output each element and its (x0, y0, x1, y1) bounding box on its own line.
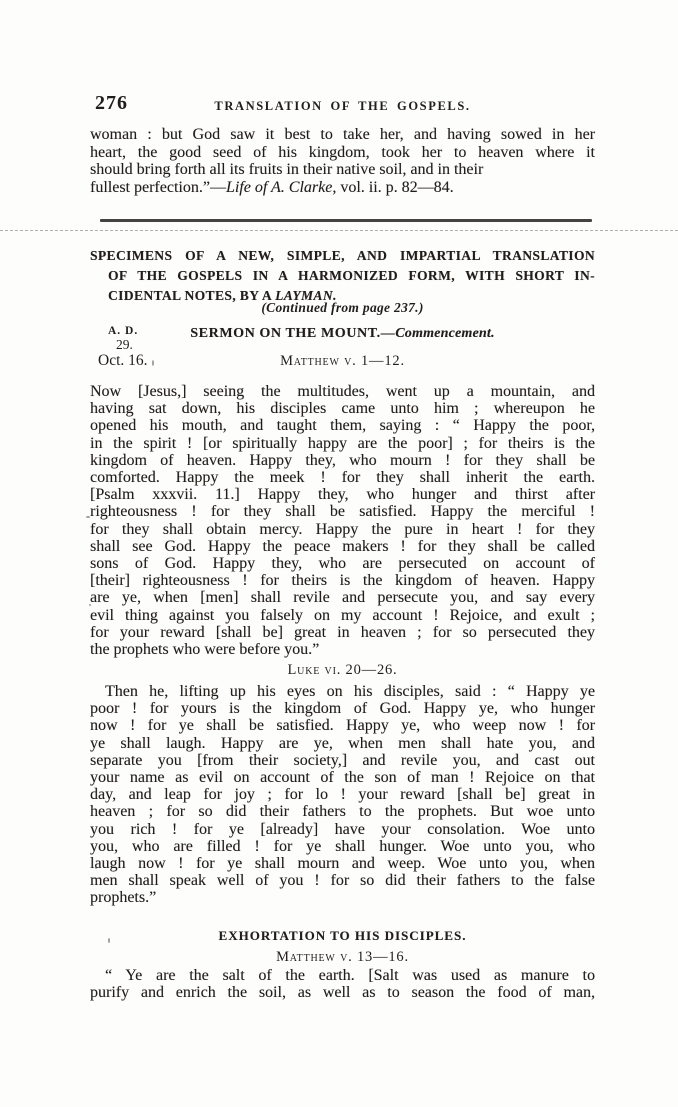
sermon-title-main: SERMON ON THE MOUNT.— (190, 326, 395, 341)
attribution-prefix: fullest perfection.”— (90, 179, 226, 196)
text-line: now ! for ye shall be satisfied. Happy y… (90, 717, 595, 734)
intro-quote-paragraph: woman : but God saw it best to take her,… (90, 126, 595, 196)
text-line: poor ! for yours is the kingdom of God. … (90, 700, 595, 717)
scan-speck (152, 360, 154, 366)
text-line: having sat down, his disciples came unto… (90, 400, 595, 417)
luke-paragraph: Then he, lifting up his eyes on his disc… (90, 683, 595, 907)
scan-fold-line (0, 230, 678, 231)
attribution-suffix: vol. ii. p. 82—84. (336, 179, 453, 196)
text-line: you, who are filled ! for ye shall hunge… (90, 838, 595, 855)
scan-speck (95, 866, 97, 869)
text-line: men shall speak well of you ! for so did… (90, 872, 595, 889)
text-line: prophets.” (90, 889, 595, 906)
continued-from-note: (Continued from page 237.) (90, 300, 595, 316)
text-line: [their] righteousness ! for theirs is th… (90, 572, 595, 589)
text-line: are ye, when [men] shall revile and pers… (90, 589, 595, 606)
matthew-paragraph: Now [Jesus,] seeing the multitudes, went… (90, 383, 595, 658)
text-line: evil thing against you falsely on my acc… (90, 607, 595, 624)
sermon-section-header: A. D. 29. Oct. 16. SERMON ON THE MOUNT.—… (90, 326, 595, 384)
article-heading: SPECIMENS OF A NEW, SIMPLE, AND IMPARTIA… (90, 246, 595, 306)
text-line: for they shall obtain mercy. Happy the p… (90, 521, 595, 538)
scan-speck (86, 516, 90, 518)
text-line: woman : but God saw it best to take her,… (90, 126, 595, 144)
exhortation-paragraph: “ Ye are the salt of the earth. [Salt wa… (90, 967, 595, 1001)
text-line: laugh now ! for ye shall mourn and weep.… (90, 855, 595, 872)
text-line: in the spirit ! [or spiritually happy ar… (90, 435, 595, 452)
sermon-title-subtitle: Commencement. (395, 326, 494, 341)
scripture-reference-matthew: Matthew v. 1—12. (90, 353, 595, 370)
text-line: you rich ! for ye [already] have your co… (90, 821, 595, 838)
text-line: heart, the good seed of his kingdom, too… (90, 144, 595, 162)
intro-quote-lines: woman : but God saw it best to take her,… (90, 126, 595, 179)
text-line: your name as evil on account of the son … (90, 769, 595, 786)
text-line: opened his mouth, and taught them, sayin… (90, 417, 595, 434)
date-year: 29. (98, 338, 148, 351)
text-line: shall see God. Happy the peace makers ! … (90, 538, 595, 555)
section-divider-rule (100, 219, 592, 222)
quote-attribution: fullest perfection.”—Life of A. Clarke, … (90, 179, 595, 197)
text-line: heaven ; for so did their fathers to the… (90, 803, 595, 820)
scan-speck (108, 938, 110, 943)
sermon-title: SERMON ON THE MOUNT.—Commencement. (90, 326, 595, 342)
scan-speck (89, 604, 91, 606)
scripture-reference-matthew-2: Matthew v. 13—16. (90, 949, 595, 966)
text-line: should bring forth all its fruits in the… (90, 161, 595, 179)
text-line: [Psalm xxxvii. 11.] Happy they, who hung… (90, 486, 595, 503)
scripture-reference-luke: Luke vi. 20—26. (90, 662, 595, 679)
text-line: comforted. Happy the meek ! for they sha… (90, 469, 595, 486)
text-line: “ Ye are the salt of the earth. [Salt wa… (90, 967, 595, 984)
text-line: for your reward [shall be] great in heav… (90, 624, 595, 641)
exhortation-title: EXHORTATION TO HIS DISCIPLES. (90, 928, 595, 944)
article-heading-line: OF THE GOSPELS IN A HARMONIZED FORM, WIT… (90, 266, 595, 286)
text-line: the prophets who were before you.” (90, 641, 595, 658)
text-line: righteousness ! for they shall be satisf… (90, 503, 595, 520)
attribution-work-title: Life of A. Clarke, (226, 179, 336, 196)
text-line: kingdom of heaven. Happy they, who mourn… (90, 452, 595, 469)
text-line: ye shall laugh. Happy are ye, when men s… (90, 735, 595, 752)
scanned-book-page: 276 TRANSLATION OF THE GOSPELS. woman : … (0, 0, 678, 1107)
text-line: sons of God. Happy they, who are persecu… (90, 555, 595, 572)
text-line: day, and leap for joy ; for lo ! your re… (90, 786, 595, 803)
running-title: TRANSLATION OF THE GOSPELS. (90, 99, 595, 114)
text-line: purify and enrich the soil, as well as t… (90, 984, 595, 1001)
text-line: separate you [from their society,] and r… (90, 752, 595, 769)
text-line: Then he, lifting up his eyes on his disc… (90, 683, 595, 700)
text-line: Now [Jesus,] seeing the multitudes, went… (90, 383, 595, 400)
article-heading-line: SPECIMENS OF A NEW, SIMPLE, AND IMPARTIA… (90, 246, 595, 266)
